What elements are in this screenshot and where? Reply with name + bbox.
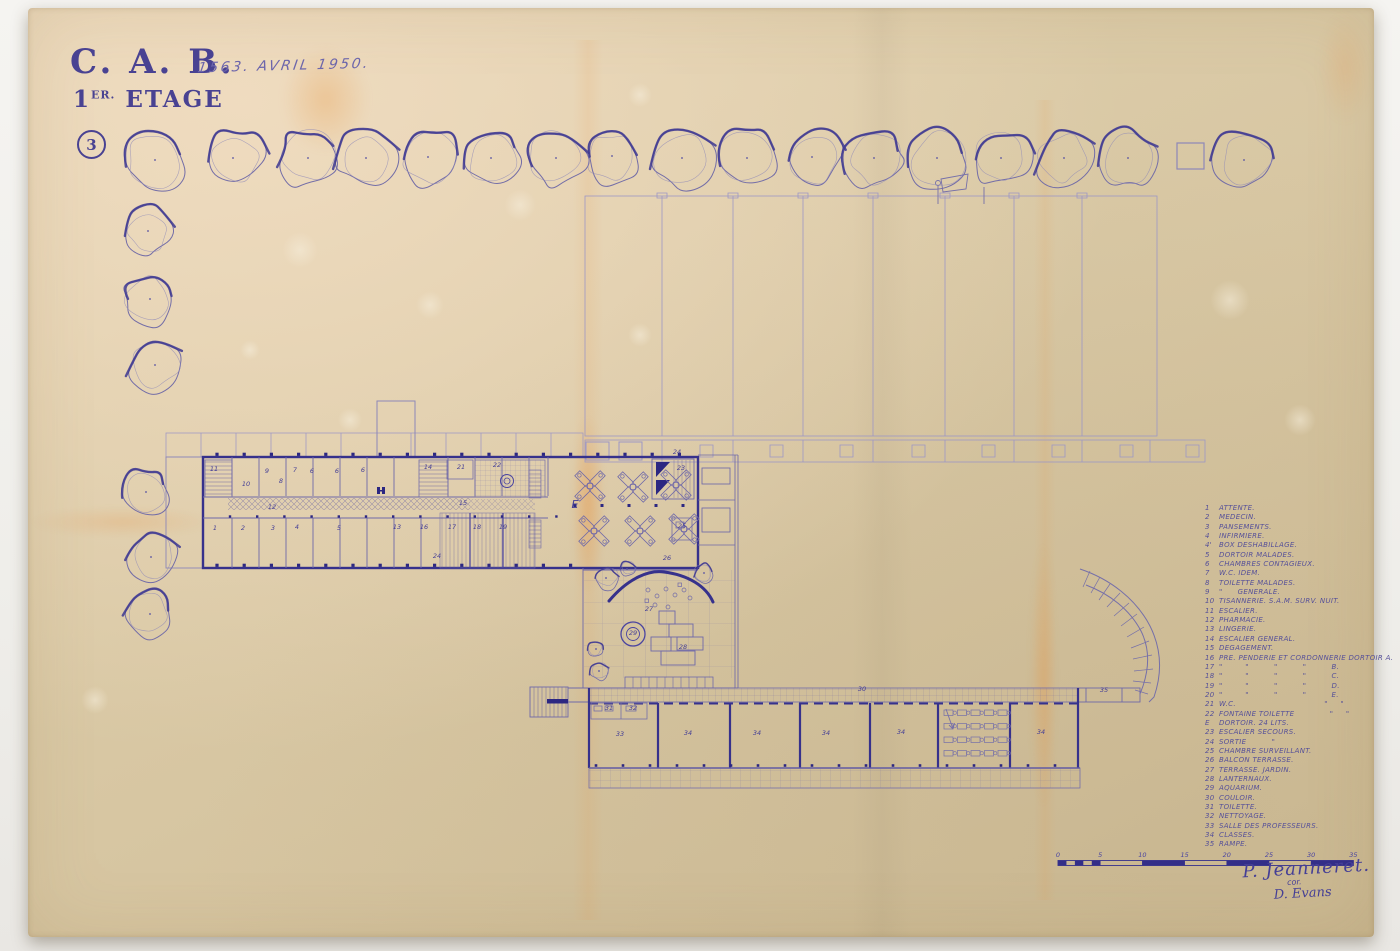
legend-number: 34	[1205, 831, 1219, 840]
legend-label: DORTOIR. 24 LITS.	[1219, 719, 1289, 728]
legend-item: 26BALCON TERRASSE.	[1205, 756, 1393, 765]
legend-item: 35RAMPE.	[1205, 840, 1393, 849]
legend-item: 20" " " " E.	[1205, 691, 1393, 700]
legend-item: EDORTOIR. 24 LITS.	[1205, 719, 1393, 728]
legend-item: 25CHAMBRE SURVEILLANT.	[1205, 747, 1393, 756]
legend-label: W.C. IDEM.	[1219, 569, 1260, 578]
legend-label: TOILETTE.	[1219, 803, 1257, 812]
legend-item: 18" " " " C.	[1205, 672, 1393, 681]
floor-word: ETAGE	[125, 86, 223, 113]
legend-item: 32NETTOYAGE.	[1205, 812, 1393, 821]
legend-item: 22FONTAINE TOILETTE " "	[1205, 710, 1393, 719]
signature-block: P. Jeanneret. cor. D. Evans	[1242, 855, 1372, 905]
scanned-drawing-page: 05101520253035 1110987666142122242312341…	[0, 0, 1400, 951]
legend-item: 27TERRASSE. JARDIN.	[1205, 766, 1393, 775]
legend-label: MEDECIN.	[1219, 513, 1256, 522]
legend-item: 2MEDECIN.	[1205, 513, 1393, 522]
legend-number: 19	[1205, 682, 1219, 691]
legend-label: SALLE DES PROFESSEURS.	[1219, 822, 1319, 831]
legend-label: " " " " C.	[1219, 672, 1339, 681]
legend-label: CHAMBRE SURVEILLANT.	[1219, 747, 1312, 756]
legend-number: 12	[1205, 616, 1219, 625]
legend-number: 3	[1205, 523, 1219, 532]
legend-item: 30COULOIR.	[1205, 794, 1393, 803]
legend-item: 8TOILETTE MALADES.	[1205, 579, 1393, 588]
legend-number: 26	[1205, 756, 1219, 765]
legend-number: 22	[1205, 710, 1219, 719]
legend-number: E	[1205, 719, 1219, 728]
legend-number: 31	[1205, 803, 1219, 812]
legend-item: 4INFIRMIERE.	[1205, 532, 1393, 541]
legend-label: LINGERIE.	[1219, 625, 1256, 634]
legend-label: LANTERNAUX.	[1219, 775, 1272, 784]
legend-item: 24SORTIE "	[1205, 738, 1393, 747]
legend-number: 5	[1205, 551, 1219, 560]
legend-label: PANSEMENTS.	[1219, 523, 1272, 532]
legend-label: AQUARIUM.	[1219, 784, 1262, 793]
legend-item: 14ESCALIER GENERAL.	[1205, 635, 1393, 644]
legend-item: 1ATTENTE.	[1205, 504, 1393, 513]
legend-number: 25	[1205, 747, 1219, 756]
legend-label: TISANNERIE. S.A.M. SURV. NUIT.	[1219, 597, 1340, 606]
legend-number: 35	[1205, 840, 1219, 849]
sheet-number-badge: 3	[77, 130, 106, 159]
legend-label: BOX DESHABILLAGE.	[1219, 541, 1297, 550]
legend-number: 28	[1205, 775, 1219, 784]
legend-number: 14	[1205, 635, 1219, 644]
legend-label: BALCON TERRASSE.	[1219, 756, 1294, 765]
legend-number: 11	[1205, 607, 1219, 616]
legend-item: 23ESCALIER SECOURS.	[1205, 728, 1393, 737]
legend-label: " GENERALE.	[1219, 588, 1280, 597]
legend-label: ESCALIER GENERAL.	[1219, 635, 1295, 644]
legend-label: INFIRMIERE.	[1219, 532, 1265, 541]
legend-item: 28LANTERNAUX.	[1205, 775, 1393, 784]
legend-item: 3PANSEMENTS.	[1205, 523, 1393, 532]
legend-item: 11ESCALIER.	[1205, 607, 1393, 616]
legend-number: 29	[1205, 784, 1219, 793]
legend-number: 17	[1205, 663, 1219, 672]
legend-item: 13LINGERIE.	[1205, 625, 1393, 634]
legend-number: 21	[1205, 700, 1219, 709]
blueprint-paper	[28, 8, 1374, 937]
floor-ordinal-suffix: ER.	[91, 88, 115, 101]
legend-number: 1	[1205, 504, 1219, 513]
room-legend: 1ATTENTE.2MEDECIN.3PANSEMENTS.4INFIRMIER…	[1205, 504, 1393, 850]
legend-item: 4'BOX DESHABILLAGE.	[1205, 541, 1393, 550]
legend-item: 17" " " " B.	[1205, 663, 1393, 672]
legend-number: 20	[1205, 691, 1219, 700]
legend-number: 7	[1205, 569, 1219, 578]
legend-label: COULOIR.	[1219, 794, 1255, 803]
legend-number: 23	[1205, 728, 1219, 737]
legend-number: 33	[1205, 822, 1219, 831]
legend-item: 5DORTOIR MALADES.	[1205, 551, 1393, 560]
legend-number: 16	[1205, 654, 1219, 663]
legend-label: CLASSES.	[1219, 831, 1255, 840]
legend-number: 4	[1205, 532, 1219, 541]
legend-number: 10	[1205, 597, 1219, 606]
legend-item: 6CHAMBRES CONTAGIEUX.	[1205, 560, 1393, 569]
legend-label: TOILETTE MALADES.	[1219, 579, 1295, 588]
legend-item: 33SALLE DES PROFESSEURS.	[1205, 822, 1393, 831]
legend-label: ESCALIER.	[1219, 607, 1258, 616]
legend-label: CHAMBRES CONTAGIEUX.	[1219, 560, 1315, 569]
legend-label: ESCALIER SECOURS.	[1219, 728, 1296, 737]
legend-label: W.C. " "	[1219, 700, 1344, 709]
legend-item: 16PRE. PENDERIE ET CORDONNERIE DORTOIR A…	[1205, 654, 1393, 663]
legend-number: 9	[1205, 588, 1219, 597]
legend-item: 10TISANNERIE. S.A.M. SURV. NUIT.	[1205, 597, 1393, 606]
legend-label: FONTAINE TOILETTE " "	[1219, 710, 1349, 719]
legend-label: DORTOIR MALADES.	[1219, 551, 1295, 560]
legend-label: ATTENTE.	[1219, 504, 1255, 513]
legend-label: DEGAGEMENT.	[1219, 644, 1274, 653]
legend-label: PHARMACIE.	[1219, 616, 1266, 625]
legend-item: 31TOILETTE.	[1205, 803, 1393, 812]
legend-number: 2	[1205, 513, 1219, 522]
legend-number: 27	[1205, 766, 1219, 775]
legend-item: 34CLASSES.	[1205, 831, 1393, 840]
legend-item: 12PHARMACIE.	[1205, 616, 1393, 625]
legend-number: 32	[1205, 812, 1219, 821]
legend-item: 19" " " " D.	[1205, 682, 1393, 691]
legend-label: TERRASSE. JARDIN.	[1219, 766, 1291, 775]
legend-item: 15DEGAGEMENT.	[1205, 644, 1393, 653]
legend-label: " " " " B.	[1219, 663, 1339, 672]
floor-number: 1	[73, 86, 91, 113]
legend-item: 9" GENERALE.	[1205, 588, 1393, 597]
legend-number: 8	[1205, 579, 1219, 588]
legend-item: 7W.C. IDEM.	[1205, 569, 1393, 578]
legend-number: 6	[1205, 560, 1219, 569]
legend-label: PRE. PENDERIE ET CORDONNERIE DORTOIR A.	[1219, 654, 1393, 663]
legend-number: 4'	[1205, 541, 1219, 550]
legend-number: 15	[1205, 644, 1219, 653]
legend-number: 18	[1205, 672, 1219, 681]
legend-label: SORTIE "	[1219, 738, 1275, 747]
legend-number: 24	[1205, 738, 1219, 747]
floor-label: 1ER. ETAGE	[73, 86, 224, 113]
legend-item: 21W.C. " "	[1205, 700, 1393, 709]
legend-number: 13	[1205, 625, 1219, 634]
legend-item: 29AQUARIUM.	[1205, 784, 1393, 793]
legend-label: RAMPE.	[1219, 840, 1247, 849]
legend-label: NETTOYAGE.	[1219, 812, 1266, 821]
legend-label: " " " " D.	[1219, 682, 1340, 691]
legend-label: " " " " E.	[1219, 691, 1339, 700]
legend-number: 30	[1205, 794, 1219, 803]
